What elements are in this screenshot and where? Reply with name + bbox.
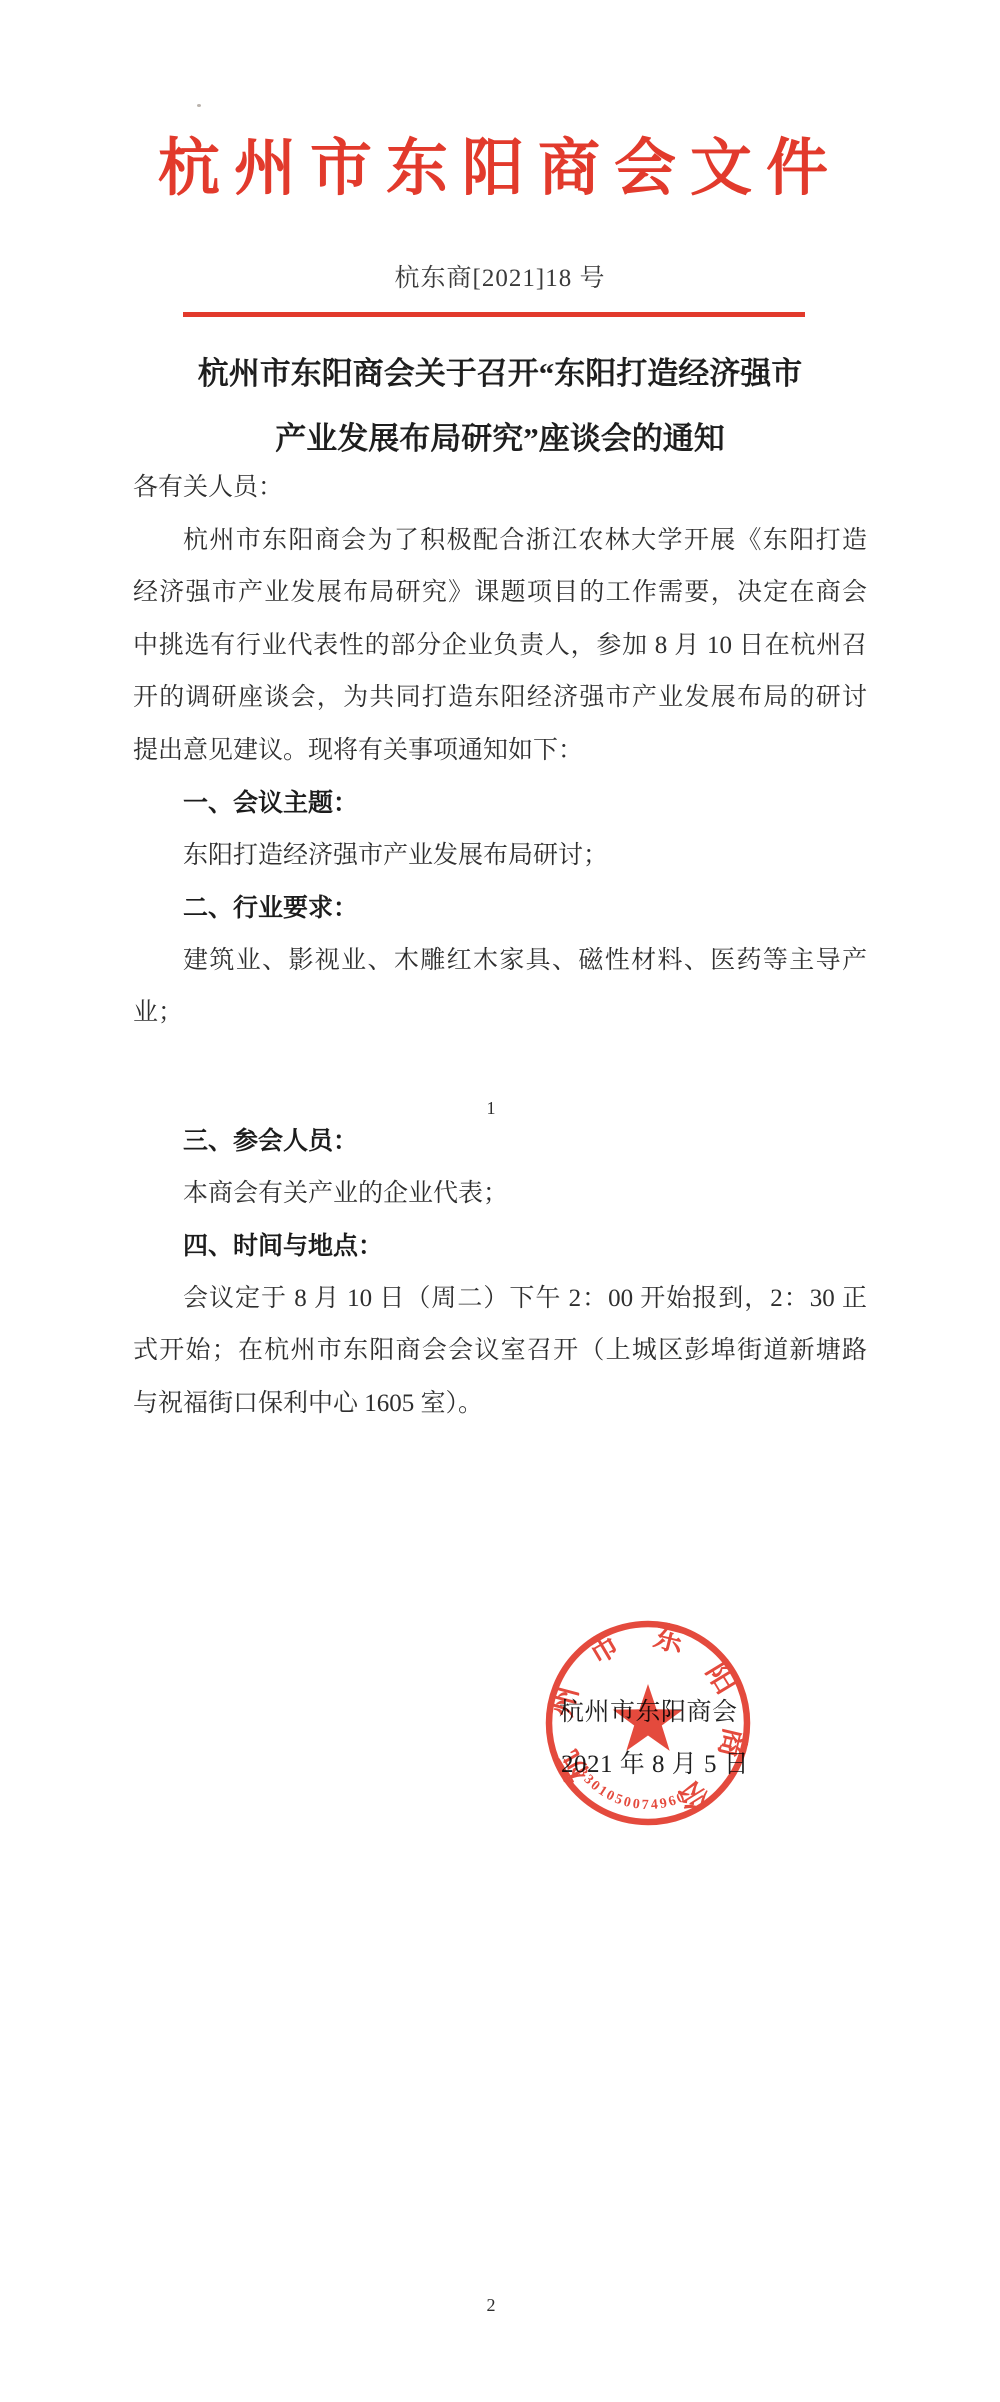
seal-arc-char: 阳	[700, 1657, 744, 1700]
body-line: 东阳打造经济强市产业发展布局研讨；	[133, 830, 867, 883]
red-divider-line	[183, 312, 805, 317]
document-title-line1: 杭州市东阳商会关于召开“东阳打造经济强市	[0, 348, 1000, 393]
body-line: 与祝福街口保利中心 1605 室）。	[133, 1378, 867, 1431]
body-line: 提出意见建议。现将有关事项通知如下：	[133, 725, 867, 778]
document-number: 杭东商[2021]18 号	[0, 258, 1000, 294]
section-heading-1: 一、会议主题：	[133, 777, 867, 830]
scan-speck	[197, 104, 201, 107]
official-seal: 杭 州 市 东 阳 商 会 3301050074960	[538, 1613, 758, 1833]
body-line: 杭州市东阳商会为了积极配合浙江农林大学开展《东阳打造	[133, 515, 867, 568]
body-line: 业；	[133, 987, 867, 1040]
seal-star-icon	[613, 1684, 683, 1751]
seal-arc-char: 东	[650, 1620, 687, 1659]
body-line: 本商会有关产业的企业代表；	[133, 1168, 867, 1221]
page-number-2: 2	[0, 2295, 1000, 2316]
body-section-1: 各有关人员： 杭州市东阳商会为了积极配合浙江农林大学开展《东阳打造 经济强市产业…	[133, 462, 867, 1040]
section-heading-4: 四、时间与地点：	[133, 1220, 867, 1273]
document-title-line2: 产业发展布局研究”座谈会的通知	[0, 413, 1000, 458]
section-heading-2: 二、行业要求：	[133, 882, 867, 935]
seal-arc-char: 商	[712, 1724, 752, 1761]
red-header-title: 杭州市东阳商会文件	[0, 118, 1000, 207]
body-line: 式开始；在杭州市东阳商会会议室召开（上城区彭埠街道新塘路	[133, 1325, 867, 1378]
body-line: 经济强市产业发展布局研究》课题项目的工作需要，决定在商会	[133, 567, 867, 620]
body-line: 会议定于 8 月 10 日（周二）下午 2：00 开始报到，2：30 正	[133, 1273, 867, 1326]
document-page: 杭州市东阳商会文件 杭东商[2021]18 号 杭州市东阳商会关于召开“东阳打造…	[0, 0, 1000, 2402]
body-line: 中挑选有行业代表性的部分企业负责人，参加 8 月 10 日在杭州召	[133, 620, 867, 673]
seal-arc-char: 市	[583, 1627, 626, 1671]
salutation: 各有关人员：	[133, 462, 867, 515]
body-line: 建筑业、影视业、木雕红木家具、磁性材料、医药等主导产	[133, 935, 867, 988]
body-line: 开的调研座谈会，为共同打造东阳经济强市产业发展布局的研讨	[133, 672, 867, 725]
body-section-2: 三、参会人员： 本商会有关产业的企业代表； 四、时间与地点： 会议定于 8 月 …	[133, 1115, 867, 1430]
section-heading-3: 三、参会人员：	[133, 1115, 867, 1168]
